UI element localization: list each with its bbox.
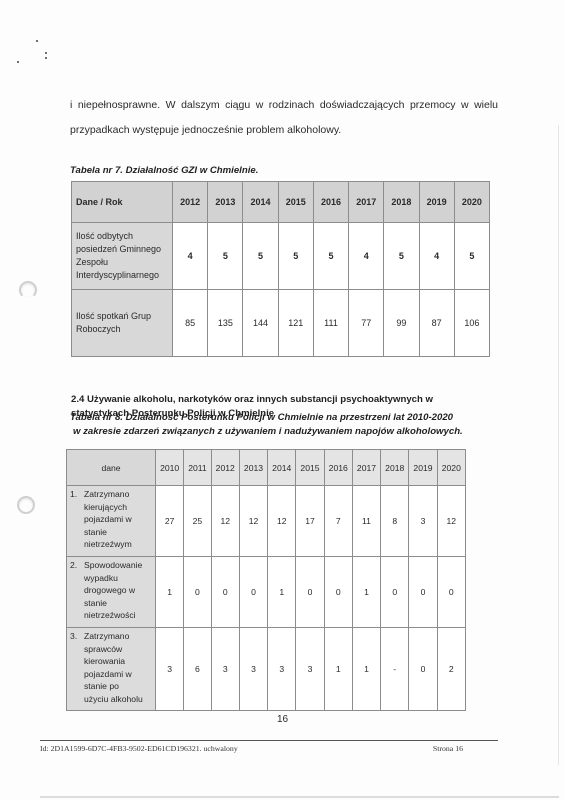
value-cell: 12 [239,486,267,557]
value-cell: 17 [296,486,324,557]
row-label: Zatrzymano kierujących pojazdami w stani… [84,488,144,551]
header-cell: dane [67,450,156,486]
row-label-cell: Ilość odbytych posiedzeń Gminnego Zespoł… [72,223,173,290]
value-cell: 4 [173,223,208,290]
value-cell: 0 [409,628,437,711]
value-cell: 135 [208,290,243,357]
value-cell: 3 [211,628,239,711]
table-row: Ilość odbytych posiedzeń Gminnego Zespoł… [72,223,490,290]
paragraph-line: i niepełnosprawne. W dalszym ciągu w rod… [70,93,498,118]
year-header-cell: 2016 [324,450,352,486]
value-cell: 27 [156,486,184,557]
year-header-cell: 2018 [381,450,409,486]
scan-edge [558,125,559,765]
value-cell: 111 [313,290,348,357]
year-header-cell: 2011 [184,450,211,486]
value-cell: 3 [409,486,437,557]
row-label: Zatrzymano sprawców kierowania pojazdami… [84,630,144,706]
value-cell: 5 [208,223,243,290]
punch-hole-icon [19,281,37,299]
table8-caption: w zakresie zdarzeń związanych z używanie… [73,426,463,437]
value-cell: 11 [352,486,380,557]
value-cell: 1 [352,628,380,711]
year-header-cell: 2020 [437,450,465,486]
value-cell: 5 [278,223,313,290]
scan-speck [45,57,47,59]
value-cell: 12 [268,486,296,557]
value-cell: 144 [243,290,278,357]
value-cell: 8 [381,486,409,557]
value-cell: 6 [184,628,211,711]
punch-hole-icon [17,496,35,514]
value-cell: 12 [211,486,239,557]
value-cell: 106 [454,290,489,357]
table8-caption: Tabela nr 8. Działalność Posterunku Poli… [70,412,453,423]
table-row: 2.Spowodowanie wypadku drogowego w stani… [67,557,466,628]
value-cell: 99 [384,290,419,357]
row-number: 1. [70,488,84,501]
row-label-cell: 3.Zatrzymano sprawców kierowania pojazda… [67,628,156,711]
value-cell: 77 [349,290,384,357]
value-cell: 5 [384,223,419,290]
scan-speck [17,61,19,63]
scan-speck [45,52,47,54]
table-row: Ilość spotkań Grup Roboczych851351441211… [72,290,490,357]
table-gzi-activity: Dane / Rok 20122013201420152016201720182… [71,181,490,357]
year-header-cell: 2019 [419,182,454,223]
year-header-cell: 2013 [239,450,267,486]
value-cell: 4 [419,223,454,290]
value-cell: 2 [437,628,465,711]
year-header-cell: 2014 [268,450,296,486]
row-label-cell: Ilość spotkań Grup Roboczych [72,290,173,357]
value-cell: 4 [349,223,384,290]
value-cell: 5 [243,223,278,290]
year-header-cell: 2013 [208,182,243,223]
table-header-row: dane 20102011201220132014201520162017201… [67,450,466,486]
year-header-cell: 2015 [296,450,324,486]
row-label-cell: 2.Spowodowanie wypadku drogowego w stani… [67,557,156,628]
value-cell: 0 [296,557,324,628]
table-header-row: Dane / Rok 20122013201420152016201720182… [72,182,490,223]
year-header-cell: 2010 [156,450,184,486]
value-cell: 121 [278,290,313,357]
value-cell: 1 [268,557,296,628]
table-row: 1.Zatrzymano kierujących pojazdami w sta… [67,486,466,557]
table-police-alcohol-incidents: dane 20102011201220132014201520162017201… [66,449,466,711]
value-cell: 7 [324,486,352,557]
year-header-cell: 2017 [349,182,384,223]
value-cell: 0 [437,557,465,628]
value-cell: 3 [268,628,296,711]
page-number: 16 [0,714,565,725]
value-cell: 1 [352,557,380,628]
value-cell: 0 [324,557,352,628]
value-cell: 25 [184,486,211,557]
year-header-cell: 2012 [211,450,239,486]
year-header-cell: 2015 [278,182,313,223]
year-header-cell: 2020 [454,182,489,223]
value-cell: 1 [156,557,184,628]
value-cell: 0 [211,557,239,628]
scan-edge [40,796,559,798]
value-cell: 0 [381,557,409,628]
paragraph-line: przypadkach występuje jednocześnie probl… [70,124,341,136]
year-header-cell: 2017 [352,450,380,486]
year-header-cell: 2012 [173,182,208,223]
table-row: 3.Zatrzymano sprawców kierowania pojazda… [67,628,466,711]
value-cell: 3 [296,628,324,711]
value-cell: 0 [239,557,267,628]
document-page: i niepełnosprawne. W dalszym ciągu w rod… [0,0,565,800]
footer-page-label: Strona 16 [433,744,463,753]
year-header-cell: 2014 [243,182,278,223]
value-cell: 1 [324,628,352,711]
value-cell: 12 [437,486,465,557]
footer-divider [40,740,498,741]
header-cell: Dane / Rok [72,182,173,223]
table7-caption: Tabela nr 7. Działalność GZI w Chmielnie… [70,165,258,176]
value-cell: 3 [239,628,267,711]
year-header-cell: 2018 [384,182,419,223]
scan-speck [36,40,38,42]
year-header-cell: 2019 [409,450,437,486]
body-paragraph: i niepełnosprawne. W dalszym ciągu w rod… [70,93,498,143]
value-cell: 5 [313,223,348,290]
value-cell: - [381,628,409,711]
year-header-cell: 2016 [313,182,348,223]
value-cell: 0 [184,557,211,628]
value-cell: 5 [454,223,489,290]
row-number: 3. [70,630,84,643]
value-cell: 87 [419,290,454,357]
value-cell: 3 [156,628,184,711]
row-label: Spowodowanie wypadku drogowego w stanie … [84,559,144,622]
row-label-cell: 1.Zatrzymano kierujących pojazdami w sta… [67,486,156,557]
row-number: 2. [70,559,84,572]
value-cell: 85 [173,290,208,357]
footer-document-id: Id: 2D1A1599-6D7C-4FB3-9502-ED61CD196321… [40,744,238,753]
value-cell: 0 [409,557,437,628]
